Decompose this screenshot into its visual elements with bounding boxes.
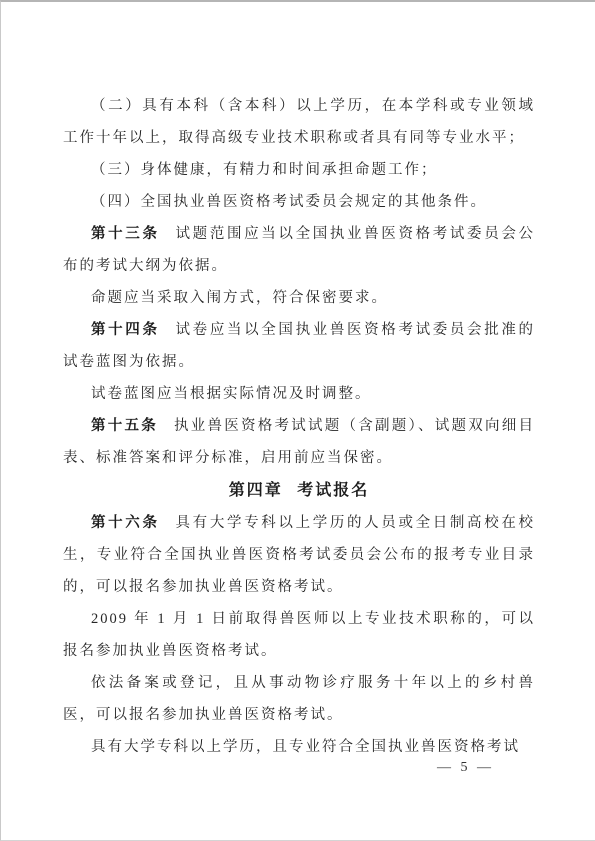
page-number: — 5 — bbox=[437, 760, 494, 776]
article-16-subparagraph-2: 依法备案或登记，且从事动物诊疗服务十年以上的乡村兽医，可以报名参加执业兽医资格考… bbox=[63, 667, 535, 731]
chapter-title: 考试报名 bbox=[297, 482, 369, 499]
article-16-number-label: 第十六条 bbox=[91, 515, 160, 531]
article-13-subparagraph: 命题应当采取入闱方式，符合保密要求。 bbox=[63, 282, 535, 314]
clause-item-3: （三）身体健康，有精力和时间承担命题工作； bbox=[63, 154, 535, 186]
article-16-subparagraph-1: 2009 年 1 月 1 日前取得兽医师以上专业技术职称的，可以报名参加执业兽医… bbox=[63, 603, 535, 667]
article-13-number-label: 第十三条 bbox=[91, 226, 160, 242]
article-16-paragraph: 第十六条具有大学专科以上学历的人员或全日制高校在校生，专业符合全国执业兽医资格考… bbox=[63, 507, 535, 603]
article-13-paragraph: 第十三条试题范围应当以全国执业兽医资格考试委员会公布的考试大纲为依据。 bbox=[63, 218, 535, 282]
clause-item-2: （二）具有本科（含本科）以上学历，在本学科或专业领域工作十年以上，取得高级专业技… bbox=[63, 90, 535, 154]
article-14-subparagraph: 试卷蓝图应当根据实际情况及时调整。 bbox=[63, 378, 535, 410]
clause-item-4: （四）全国执业兽医资格考试委员会规定的其他条件。 bbox=[63, 186, 535, 218]
chapter-number: 第四章 bbox=[229, 482, 283, 499]
article-14-number-label: 第十四条 bbox=[91, 322, 160, 338]
article-14-paragraph: 第十四条试卷应当以全国执业兽医资格考试委员会批准的试卷蓝图为依据。 bbox=[63, 314, 535, 378]
document-page: （二）具有本科（含本科）以上学历，在本学科或专业领域工作十年以上，取得高级专业技… bbox=[0, 0, 595, 841]
chapter-4-heading: 第四章考试报名 bbox=[63, 474, 535, 507]
article-15-paragraph: 第十五条执业兽医资格考试试题（含副题）、试题双向细目表、标准答案和评分标准，启用… bbox=[63, 410, 535, 474]
article-16-subparagraph-3: 具有大学专科以上学历，且专业符合全国执业兽医资格考试 bbox=[63, 731, 535, 763]
article-15-number-label: 第十五条 bbox=[91, 418, 158, 434]
